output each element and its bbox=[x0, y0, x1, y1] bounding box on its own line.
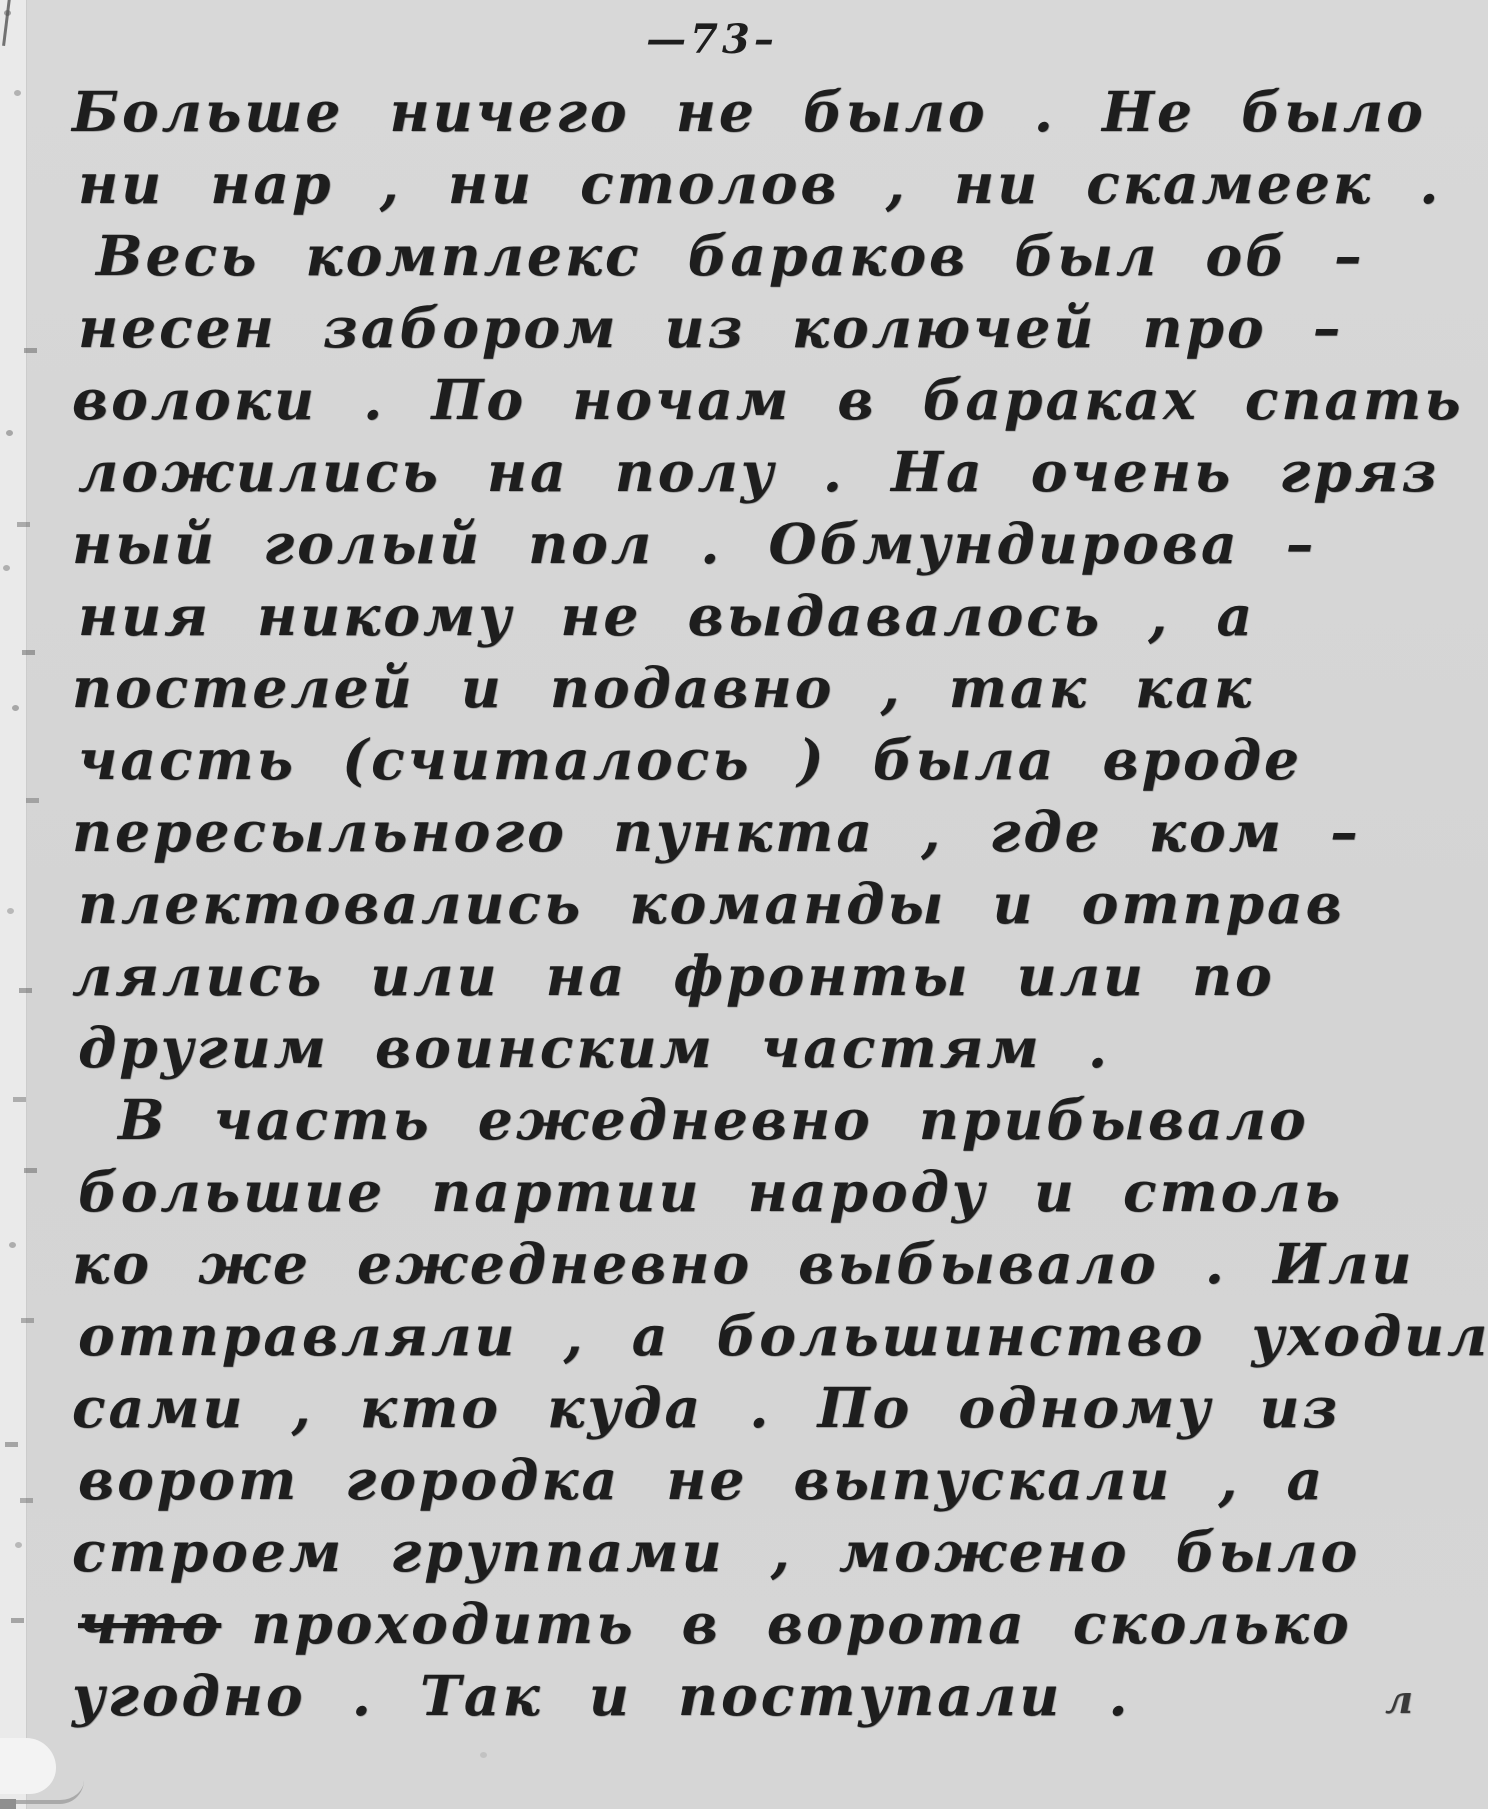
handwritten-line: ко же ежедневно выбывало . Или bbox=[0, 1228, 1488, 1300]
handwritten-line: другим воинским частям . bbox=[6, 1012, 1488, 1084]
manuscript-page: —73– Больше ничего не было . Не было ни … bbox=[0, 0, 1488, 1809]
handwritten-line: ни нар , ни столов , ни скамеек . bbox=[6, 148, 1488, 220]
handwritten-line: несен забором из колючей про – bbox=[6, 292, 1488, 364]
handwritten-line: ный голый пол . Обмундирова – bbox=[0, 508, 1488, 580]
handwritten-line: волоки . По ночам в бараках спать bbox=[0, 364, 1488, 436]
handwritten-line: лялись или на фронты или по bbox=[0, 940, 1488, 1012]
handwritten-line: Больше ничего не было . Не было bbox=[0, 76, 1488, 148]
page-number: —73– bbox=[0, 16, 1424, 63]
handwritten-line: большие партии народу и столь bbox=[6, 1156, 1488, 1228]
handwritten-line: ложились на полу . На очень гряз – bbox=[6, 436, 1488, 508]
handwritten-line: чтопроходить в ворота сколько bbox=[6, 1588, 1488, 1660]
handwritten-line: постелей и подавно , так как bbox=[0, 652, 1488, 724]
handwritten-line: строем группами , можено было bbox=[0, 1516, 1488, 1588]
handwritten-line: ворот городка не выпускали , а bbox=[6, 1444, 1488, 1516]
strikethrough-word: что bbox=[78, 1591, 221, 1656]
handwritten-line: часть (считалось ) была вроде bbox=[6, 724, 1488, 796]
handwritten-line: ния никому не выдавалось , а bbox=[6, 580, 1488, 652]
line-text: проходить в ворота сколько bbox=[251, 1591, 1352, 1656]
handwritten-line: сами , кто куда . По одному из bbox=[0, 1372, 1488, 1444]
handwritten-line: Весь комплекс бараков был об – bbox=[0, 220, 1488, 292]
handwritten-text: Больше ничего не было . Не было ни нар ,… bbox=[0, 76, 1488, 1732]
handwritten-line: угодно . Так и поступали . л bbox=[0, 1660, 1488, 1732]
scan-speckles-dash bbox=[0, 0, 13, 5]
handwritten-line: отправляли , а большинство уходило bbox=[6, 1300, 1488, 1372]
handwritten-line: пересыльного пункта , где ком – bbox=[0, 796, 1488, 868]
line-text: угодно . Так и поступали . bbox=[72, 1663, 1130, 1728]
pen-mark: л bbox=[1385, 1664, 1416, 1736]
handwritten-line: плектовались команды и отправ bbox=[6, 868, 1488, 940]
corner-dark-mark bbox=[0, 1799, 16, 1809]
handwritten-line: В часть ежедневно прибывало bbox=[0, 1084, 1488, 1156]
